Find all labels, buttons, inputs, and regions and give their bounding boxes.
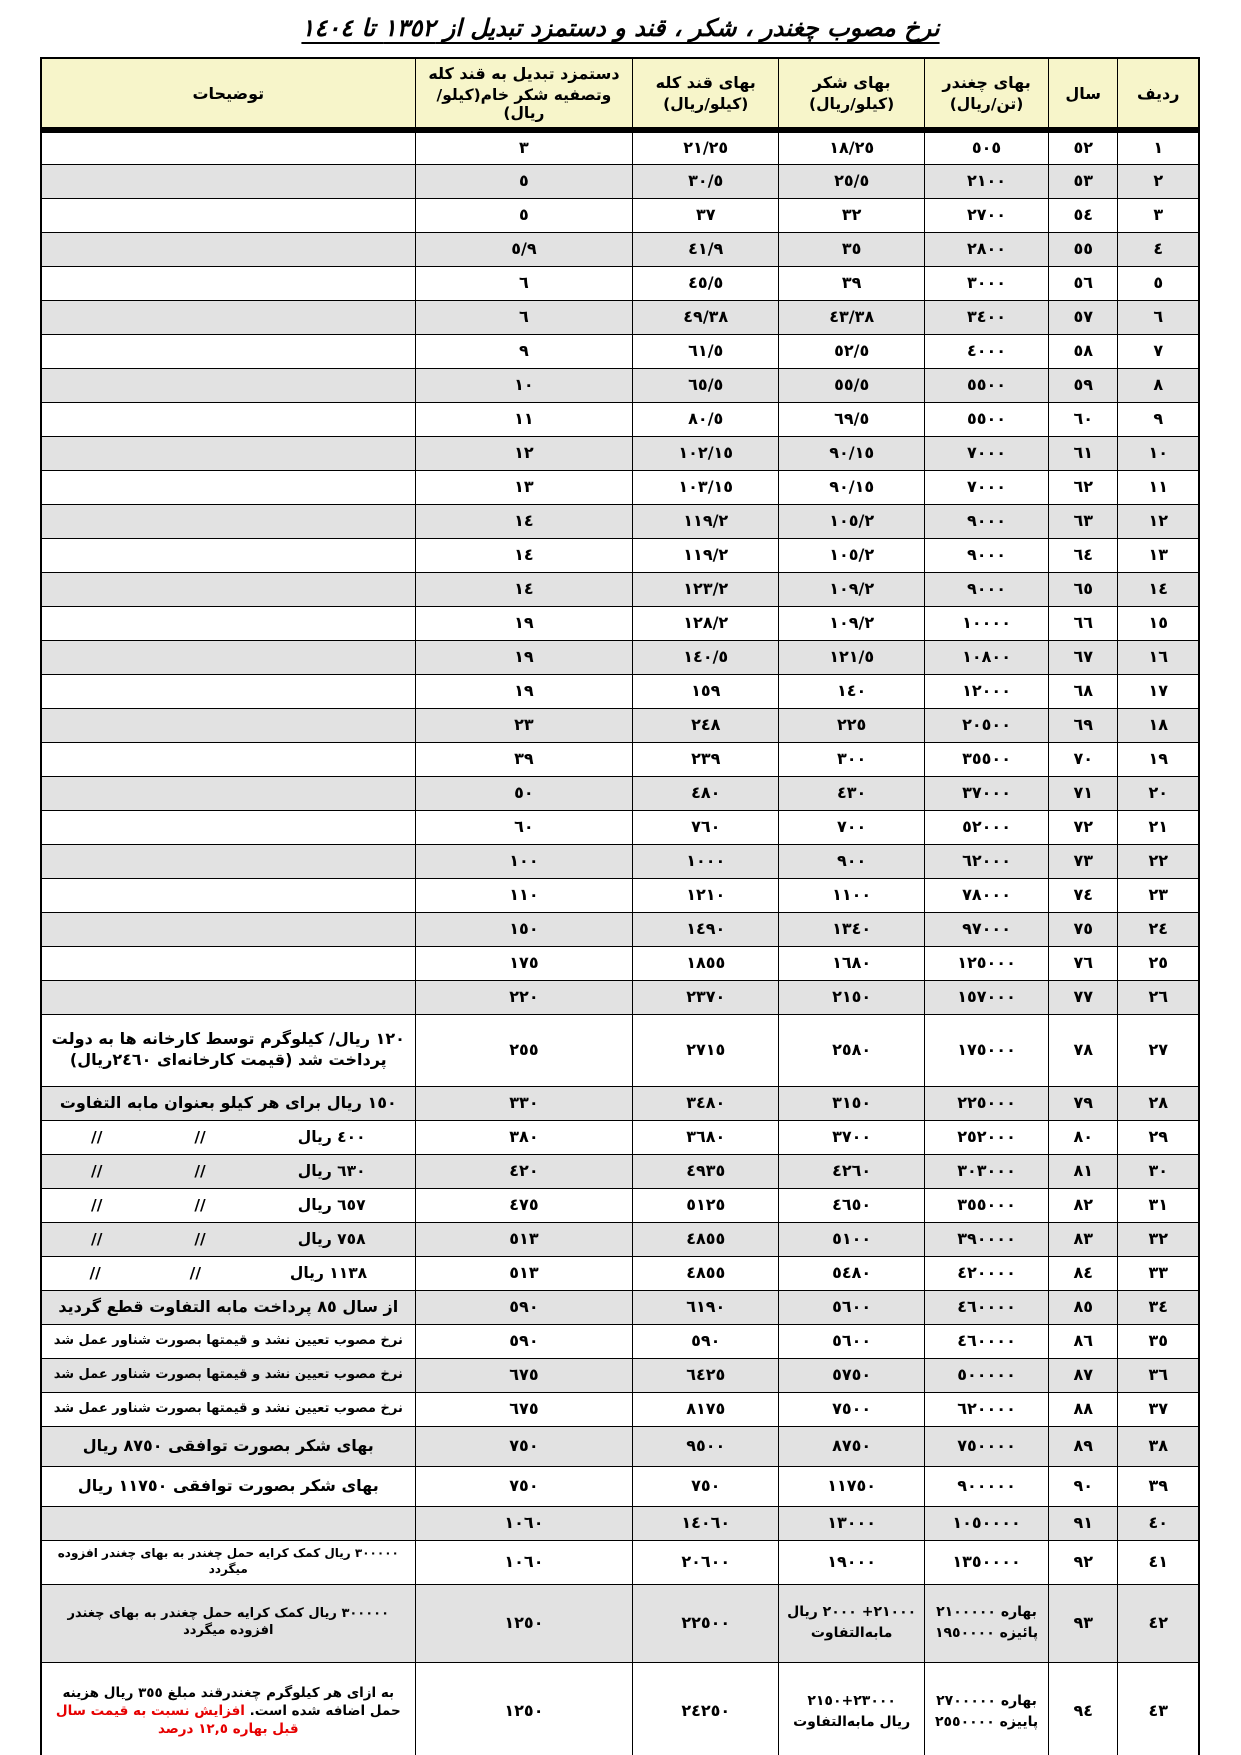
note-cell <box>41 980 415 1014</box>
wage-cell: ٦ <box>415 300 633 334</box>
table-row: ٣٠٨١٣٠٣٠٠٠٤٢٦٠٤٩٣٥٤٢٠٦٣٠ ریال//// <box>41 1154 1199 1188</box>
beet-price-cell: ١٥٧٠٠٠ <box>925 980 1049 1014</box>
sugar-price-cell: ١٤٠ <box>779 674 925 708</box>
table-row: ١٦٦٧١٠٨٠٠١٢١/٥١٤٠/٥١٩ <box>41 640 1199 674</box>
year-cell: ٥٤ <box>1048 198 1117 232</box>
note-cell: نرخ مصوب تعیین نشد و قیمتها بصورت شناور … <box>41 1358 415 1392</box>
note-cell <box>41 300 415 334</box>
year-cell: ٦٧ <box>1048 640 1117 674</box>
row-number-cell: ١٧ <box>1118 674 1199 708</box>
row-number-cell: ٥ <box>1118 266 1199 300</box>
note-cell <box>41 538 415 572</box>
qand-price-cell: ٤٩/٣٨ <box>633 300 779 334</box>
qand-price-cell: ١٠٢/١٥ <box>633 436 779 470</box>
qand-price-cell: ٥١٢٥ <box>633 1188 779 1222</box>
row-number-cell: ١٥ <box>1118 606 1199 640</box>
row-number-cell: ٣٢ <box>1118 1222 1199 1256</box>
column-header-beet-price: بهای چغندر (تن/ریال) <box>925 58 1049 130</box>
wage-cell: ١٢ <box>415 436 633 470</box>
note-cell <box>41 232 415 266</box>
wage-cell: ١٤ <box>415 572 633 606</box>
table-row: ٧٥٨٤٠٠٠٥٢/٥٦١/٥٩ <box>41 334 1199 368</box>
year-cell: ٨٥ <box>1048 1290 1117 1324</box>
qand-price-cell: ١٠٣/١٥ <box>633 470 779 504</box>
row-number-cell: ٤١ <box>1118 1540 1199 1584</box>
wage-cell: ٥٠ <box>415 776 633 810</box>
cell-line: پاییزه ٢٥٥٠٠٠٠ <box>928 1712 1045 1733</box>
year-cell: ٥٧ <box>1048 300 1117 334</box>
ditto-note: ٦٥٧ ریال//// <box>45 1195 412 1215</box>
beet-price-cell: ١٢٠٠٠ <box>925 674 1049 708</box>
year-cell: ٦١ <box>1048 436 1117 470</box>
note-amount: ٤٠٠ ریال <box>298 1127 366 1147</box>
sugar-price-cell: ١٨/٢٥ <box>779 130 925 164</box>
beet-price-cell: ١٠٥٠٠٠٠ <box>925 1506 1049 1540</box>
wage-cell: ٧٥٠ <box>415 1466 633 1506</box>
wage-cell: ٣ <box>415 130 633 164</box>
cell-line: ریال مابه‌التفاوت <box>782 1712 921 1733</box>
note-cell <box>41 810 415 844</box>
sugar-price-cell: ٨٧٥٠ <box>779 1426 925 1466</box>
row-number-cell: ١٨ <box>1118 708 1199 742</box>
beet-price-cell: ٤٢٠٠٠٠ <box>925 1256 1049 1290</box>
row-number-cell: ١٩ <box>1118 742 1199 776</box>
year-cell: ٧٠ <box>1048 742 1117 776</box>
column-label: بهای قند کله <box>635 73 776 92</box>
qand-price-cell: ٨١٧٥ <box>633 1392 779 1426</box>
qand-price-cell: ٤٨٥٥ <box>633 1256 779 1290</box>
qand-price-cell: ١٤٠/٥ <box>633 640 779 674</box>
year-cell: ٩٠ <box>1048 1466 1117 1506</box>
row-number-cell: ٣٥ <box>1118 1324 1199 1358</box>
qand-price-cell: ٤٩٣٥ <box>633 1154 779 1188</box>
note-cell <box>41 198 415 232</box>
rates-table: ردیف سال بهای چغندر (تن/ریال) بهای شکر (… <box>40 57 1200 1755</box>
wage-cell: ١٧٥ <box>415 946 633 980</box>
qand-price-cell: ١٤٠٦٠ <box>633 1506 779 1540</box>
beet-price-cell: ٣٩٠٠٠٠ <box>925 1222 1049 1256</box>
sugar-price-cell: ١٠٩/٢ <box>779 606 925 640</box>
beet-price-cell: ٣٥٥٠٠ <box>925 742 1049 776</box>
wage-cell: ٢٥٥ <box>415 1014 633 1086</box>
note-cell <box>41 504 415 538</box>
column-label: توضیحات <box>44 84 413 103</box>
note-cell: بهای شکر بصورت توافقی ١١٧٥٠ ریال <box>41 1466 415 1506</box>
wage-cell: ١٠٦٠ <box>415 1540 633 1584</box>
beet-price-cell: ٦٢٠٠٠٠ <box>925 1392 1049 1426</box>
note-cell: ٣٠٠٠٠٠ ریال کمک کرایه حمل چغندر به بهای … <box>41 1540 415 1584</box>
row-number-cell: ٣٤ <box>1118 1290 1199 1324</box>
table-row: ٢٧٧٨١٧٥٠٠٠٢٥٨٠٢٧١٥٢٥٥١٢٠ ریال/ کیلوگرم ت… <box>41 1014 1199 1086</box>
note-cell <box>41 844 415 878</box>
year-cell: ٨١ <box>1048 1154 1117 1188</box>
cell-line: ٢١٠٠٠+ ٢٠٠٠ ریال <box>782 1602 921 1623</box>
row-number-cell: ٣٠ <box>1118 1154 1199 1188</box>
note-cell: ٦٥٧ ریال//// <box>41 1188 415 1222</box>
row-number-cell: ٢٦ <box>1118 980 1199 1014</box>
year-cell: ٩٤ <box>1048 1662 1117 1755</box>
note-cell <box>41 130 415 164</box>
qand-price-cell: ٣٧ <box>633 198 779 232</box>
wage-cell: ٦٧٥ <box>415 1392 633 1426</box>
note-cell <box>41 436 415 470</box>
table-row: ٤٣٩٤بهاره ٢٧٠٠٠٠٠پاییزه ٢٥٥٠٠٠٠٢٣٠٠٠+٢١٥… <box>41 1662 1199 1755</box>
cell-line: بهاره ٢١٠٠٠٠٠ <box>928 1602 1045 1623</box>
row-number-cell: ٣٣ <box>1118 1256 1199 1290</box>
ditto-mark: // <box>89 1263 100 1283</box>
qand-price-cell: ٢٧١٥ <box>633 1014 779 1086</box>
note-cell <box>41 946 415 980</box>
qand-price-cell: ١٨٥٥ <box>633 946 779 980</box>
wage-cell: ١٩ <box>415 640 633 674</box>
qand-price-cell: ٧٦٠ <box>633 810 779 844</box>
qand-price-cell: ١٢٣/٢ <box>633 572 779 606</box>
table-row: ٢٤٧٥٩٧٠٠٠١٣٤٠١٤٩٠١٥٠ <box>41 912 1199 946</box>
table-row: ١٠٦١٧٠٠٠٩٠/١٥١٠٢/١٥١٢ <box>41 436 1199 470</box>
note-amount: ٦٥٧ ریال <box>298 1195 366 1215</box>
note-cell: به ازای هر کیلوگرم چغندرقند مبلغ ٣٥٥ ریا… <box>41 1662 415 1755</box>
row-number-cell: ٨ <box>1118 368 1199 402</box>
qand-price-cell: ٢٤٢٥٠ <box>633 1662 779 1755</box>
year-cell: ٨٤ <box>1048 1256 1117 1290</box>
wage-cell: ١٠ <box>415 368 633 402</box>
note-amount: ١١٣٨ ریال <box>290 1263 367 1283</box>
note-cell: از سال ٨٥ پرداخت مابه التفاوت قطع گردید <box>41 1290 415 1324</box>
row-number-cell: ٤٠ <box>1118 1506 1199 1540</box>
beet-price-cell: ١٠٠٠٠ <box>925 606 1049 640</box>
year-cell: ٦٤ <box>1048 538 1117 572</box>
note-cell <box>41 878 415 912</box>
note-cell <box>41 674 415 708</box>
year-cell: ٥٣ <box>1048 164 1117 198</box>
note-cell <box>41 402 415 436</box>
qand-price-cell: ١٥٩ <box>633 674 779 708</box>
row-number-cell: ٣٦ <box>1118 1358 1199 1392</box>
table-body: ١٥٢٥٠٥١٨/٢٥٢١/٢٥٣٢٥٣٢١٠٠٢٥/٥٣٠/٥٥٣٥٤٢٧٠٠… <box>41 130 1199 1755</box>
qand-price-cell: ١٢١٠ <box>633 878 779 912</box>
note-cell <box>41 470 415 504</box>
row-number-cell: ١٣ <box>1118 538 1199 572</box>
table-row: ١٥٦٦١٠٠٠٠١٠٩/٢١٢٨/٢١٩ <box>41 606 1199 640</box>
year-cell: ٨٧ <box>1048 1358 1117 1392</box>
wage-cell: ١٣ <box>415 470 633 504</box>
ditto-note: ١١٣٨ ریال//// <box>45 1263 412 1283</box>
note-cell <box>41 606 415 640</box>
column-label: ردیف <box>1120 84 1196 103</box>
sugar-price-cell: ٩٠٠ <box>779 844 925 878</box>
row-number-cell: ٢٤ <box>1118 912 1199 946</box>
qand-price-cell: ٢٠٦٠٠ <box>633 1540 779 1584</box>
sugar-price-cell: ٣٧٠٠ <box>779 1120 925 1154</box>
beet-price-cell: ٥٢٠٠٠ <box>925 810 1049 844</box>
row-number-cell: ٣٨ <box>1118 1426 1199 1466</box>
ditto-mark: // <box>194 1229 205 1249</box>
note-amount: ٧٥٨ ریال <box>298 1229 366 1249</box>
sugar-price-cell: ٥٦٠٠ <box>779 1324 925 1358</box>
year-cell: ٩٢ <box>1048 1540 1117 1584</box>
qand-price-cell: ٦١/٥ <box>633 334 779 368</box>
column-label: دستمزد تبدیل به قند کله <box>418 64 631 83</box>
wage-cell: ١١٠ <box>415 878 633 912</box>
ditto-mark: // <box>91 1195 102 1215</box>
qand-price-cell: ٤٨٠ <box>633 776 779 810</box>
beet-price-cell: ٧٥٠٠٠٠ <box>925 1426 1049 1466</box>
table-row: ٣٧٨٨٦٢٠٠٠٠٧٥٠٠٨١٧٥٦٧٥نرخ مصوب تعیین نشد … <box>41 1392 1199 1426</box>
beet-price-cell: ٩٠٠٠ <box>925 538 1049 572</box>
year-cell: ٦٢ <box>1048 470 1117 504</box>
beet-price-cell: ٢٢٥٠٠٠ <box>925 1086 1049 1120</box>
beet-price-cell: ٢٧٠٠ <box>925 198 1049 232</box>
table-row: ٢٦٧٧١٥٧٠٠٠٢١٥٠٢٣٧٠٢٢٠ <box>41 980 1199 1014</box>
wage-cell: ٥١٣ <box>415 1222 633 1256</box>
year-cell: ٨٦ <box>1048 1324 1117 1358</box>
beet-price-cell: ٧٨٠٠٠ <box>925 878 1049 912</box>
note-cell <box>41 708 415 742</box>
year-cell: ٦٣ <box>1048 504 1117 538</box>
row-number-cell: ١٠ <box>1118 436 1199 470</box>
table-row: ٣٢٨٣٣٩٠٠٠٠٥١٠٠٤٨٥٥٥١٣٧٥٨ ریال//// <box>41 1222 1199 1256</box>
qand-price-cell: ٣٤٨٠ <box>633 1086 779 1120</box>
beet-price-cell: ١٠٨٠٠ <box>925 640 1049 674</box>
beet-price-cell: ٩٠٠٠ <box>925 572 1049 606</box>
qand-price-cell: ١٠٠٠ <box>633 844 779 878</box>
sugar-price-cell: ٣٩ <box>779 266 925 300</box>
qand-price-cell: ٦٤٢٥ <box>633 1358 779 1392</box>
sugar-price-cell: ٤٢٦٠ <box>779 1154 925 1188</box>
year-cell: ٥٦ <box>1048 266 1117 300</box>
year-cell: ٧٦ <box>1048 946 1117 980</box>
column-unit: وتصفیه شکر خام(کیلو/ریال) <box>418 86 631 122</box>
qand-price-cell: ٨٠/٥ <box>633 402 779 436</box>
wage-cell: ٤٧٥ <box>415 1188 633 1222</box>
ditto-mark: // <box>91 1229 102 1249</box>
beet-price-cell: ٧٠٠٠ <box>925 436 1049 470</box>
year-cell: ٧٨ <box>1048 1014 1117 1086</box>
beet-price-cell: ٢٠٥٠٠ <box>925 708 1049 742</box>
year-cell: ٨٣ <box>1048 1222 1117 1256</box>
sugar-price-cell: ٥٧٥٠ <box>779 1358 925 1392</box>
sugar-price-cell: ٢٣٠٠٠+٢١٥٠ریال مابه‌التفاوت <box>779 1662 925 1755</box>
table-row: ٢٣٧٤٧٨٠٠٠١١٠٠١٢١٠١١٠ <box>41 878 1199 912</box>
year-cell: ٧١ <box>1048 776 1117 810</box>
ditto-note: ٦٣٠ ریال//// <box>45 1161 412 1181</box>
ditto-mark: // <box>91 1161 102 1181</box>
wage-cell: ٥٩٠ <box>415 1324 633 1358</box>
table-row: ٣٨٨٩٧٥٠٠٠٠٨٧٥٠٩٥٠٠٧٥٠بهای شکر بصورت تواف… <box>41 1426 1199 1466</box>
beet-price-cell: ٢٥٢٠٠٠ <box>925 1120 1049 1154</box>
beet-price-cell: ٤٦٠٠٠٠ <box>925 1290 1049 1324</box>
ditto-mark: // <box>194 1127 205 1147</box>
sugar-price-cell: ١١٧٥٠ <box>779 1466 925 1506</box>
note-cell: ٣٠٠٠٠٠ ریال کمک کرایه حمل چغندر به بهای … <box>41 1584 415 1662</box>
wage-cell: ٥ <box>415 164 633 198</box>
qand-price-cell: ٢٣٩ <box>633 742 779 776</box>
note-cell: نرخ مصوب تعیین نشد و قیمتها بصورت شناور … <box>41 1392 415 1426</box>
qand-price-cell: ١٤٩٠ <box>633 912 779 946</box>
row-number-cell: ٢٢ <box>1118 844 1199 878</box>
beet-price-cell: ٢٨٠٠ <box>925 232 1049 266</box>
column-header-notes: توضیحات <box>41 58 415 130</box>
table-row: ١٤٦٥٩٠٠٠١٠٩/٢١٢٣/٢١٤ <box>41 572 1199 606</box>
note-cell <box>41 572 415 606</box>
row-number-cell: ٢ <box>1118 164 1199 198</box>
row-number-cell: ١٦ <box>1118 640 1199 674</box>
row-number-cell: ٤٢ <box>1118 1584 1199 1662</box>
wage-cell: ٧٥٠ <box>415 1426 633 1466</box>
qand-price-cell: ١١٩/٢ <box>633 504 779 538</box>
sugar-price-cell: ١٠٩/٢ <box>779 572 925 606</box>
table-row: ١٨٦٩٢٠٥٠٠٢٢٥٢٤٨٢٣ <box>41 708 1199 742</box>
qand-price-cell: ٥٩٠ <box>633 1324 779 1358</box>
year-cell: ٨٠ <box>1048 1120 1117 1154</box>
sugar-price-cell: ١٠٥/٢ <box>779 504 925 538</box>
note-cell: ١١٣٨ ریال//// <box>41 1256 415 1290</box>
table-row: ٢٥٣٢١٠٠٢٥/٥٣٠/٥٥ <box>41 164 1199 198</box>
qand-price-cell: ٦٥/٥ <box>633 368 779 402</box>
beet-price-cell: ٥٠٥ <box>925 130 1049 164</box>
sugar-price-cell: ٣٢ <box>779 198 925 232</box>
year-cell: ٦٠ <box>1048 402 1117 436</box>
row-number-cell: ٢٥ <box>1118 946 1199 980</box>
wage-cell: ٢٣ <box>415 708 633 742</box>
wage-cell: ١٩ <box>415 674 633 708</box>
column-unit: (کیلو/ریال) <box>635 95 776 113</box>
note-cell <box>41 334 415 368</box>
table-row: ١٣٦٤٩٠٠٠١٠٥/٢١١٩/٢١٤ <box>41 538 1199 572</box>
qand-price-cell: ٢٣٧٠ <box>633 980 779 1014</box>
wage-cell: ١٠٠ <box>415 844 633 878</box>
sugar-price-cell: ١٦٨٠ <box>779 946 925 980</box>
table-row: ٥٥٦٣٠٠٠٣٩٤٥/٥٦ <box>41 266 1199 300</box>
table-row: ٤٠٩١١٠٥٠٠٠٠١٣٠٠٠١٤٠٦٠١٠٦٠ <box>41 1506 1199 1540</box>
row-number-cell: ٩ <box>1118 402 1199 436</box>
row-number-cell: ١٤ <box>1118 572 1199 606</box>
sugar-price-cell: ٢٢٥ <box>779 708 925 742</box>
column-header-year: سال <box>1048 58 1117 130</box>
beet-price-cell: ٣٤٠٠ <box>925 300 1049 334</box>
wage-cell: ٥٩٠ <box>415 1290 633 1324</box>
ditto-note: ٧٥٨ ریال//// <box>45 1229 412 1249</box>
ditto-mark: // <box>194 1161 205 1181</box>
qand-price-cell: ٢٢٥٠٠ <box>633 1584 779 1662</box>
table-row: ٨٥٩٥٥٠٠٥٥/٥٦٥/٥١٠ <box>41 368 1199 402</box>
sugar-price-cell: ٣٥ <box>779 232 925 266</box>
column-label: بهای چغندر <box>927 73 1046 92</box>
year-cell: ٩١ <box>1048 1506 1117 1540</box>
cell-line: پائیزه ١٩٥٠٠٠٠ <box>928 1623 1045 1644</box>
row-number-cell: ٣١ <box>1118 1188 1199 1222</box>
column-unit: (کیلو/ریال) <box>781 95 922 113</box>
year-cell: ٥٩ <box>1048 368 1117 402</box>
table-row: ١٧٦٨١٢٠٠٠١٤٠١٥٩١٩ <box>41 674 1199 708</box>
note-cell: ٧٥٨ ریال//// <box>41 1222 415 1256</box>
note-cell <box>41 640 415 674</box>
beet-price-cell: ٥٥٠٠ <box>925 402 1049 436</box>
sugar-price-cell: ٦٩/٥ <box>779 402 925 436</box>
table-row: ٣٤٨٥٤٦٠٠٠٠٥٦٠٠٦١٩٠٥٩٠از سال ٨٥ پرداخت ما… <box>41 1290 1199 1324</box>
row-number-cell: ١١ <box>1118 470 1199 504</box>
sugar-price-cell: ٤٦٥٠ <box>779 1188 925 1222</box>
beet-price-cell: ١٧٥٠٠٠ <box>925 1014 1049 1086</box>
year-cell: ٥٥ <box>1048 232 1117 266</box>
table-row: ٢٠٧١٣٧٠٠٠٤٣٠٤٨٠٥٠ <box>41 776 1199 810</box>
year-cell: ٧٤ <box>1048 878 1117 912</box>
wage-cell: ٥١٣ <box>415 1256 633 1290</box>
row-number-cell: ٢١ <box>1118 810 1199 844</box>
table-row: ٢٥٧٦١٢٥٠٠٠١٦٨٠١٨٥٥١٧٥ <box>41 946 1199 980</box>
year-cell: ٨٢ <box>1048 1188 1117 1222</box>
beet-price-cell: ٣٠٣٠٠٠ <box>925 1154 1049 1188</box>
ditto-mark: // <box>190 1263 201 1283</box>
note-cell: ١٢٠ ریال/ کیلوگرم توسط کارخانه ها به دول… <box>41 1014 415 1086</box>
row-number-cell: ٢٧ <box>1118 1014 1199 1086</box>
row-number-cell: ١٢ <box>1118 504 1199 538</box>
note-cell: بهای شکر بصورت توافقی ٨٧٥٠ ریال <box>41 1426 415 1466</box>
qand-price-cell: ٤٨٥٥ <box>633 1222 779 1256</box>
year-cell: ٩٣ <box>1048 1584 1117 1662</box>
sugar-price-cell: ٥٥/٥ <box>779 368 925 402</box>
qand-price-cell: ٢١/٢٥ <box>633 130 779 164</box>
beet-price-cell: ٦٢٠٠٠ <box>925 844 1049 878</box>
table-row: ٣٣٨٤٤٢٠٠٠٠٥٤٨٠٤٨٥٥٥١٣١١٣٨ ریال//// <box>41 1256 1199 1290</box>
year-cell: ٥٨ <box>1048 334 1117 368</box>
year-cell: ٨٩ <box>1048 1426 1117 1466</box>
table-row: ٤١٩٢١٣٥٠٠٠٠١٩٠٠٠٢٠٦٠٠١٠٦٠٣٠٠٠٠٠ ریال کمک… <box>41 1540 1199 1584</box>
note-cell <box>41 912 415 946</box>
table-row: ١١٦٢٧٠٠٠٩٠/١٥١٠٣/١٥١٣ <box>41 470 1199 504</box>
table-row: ٢١٧٢٥٢٠٠٠٧٠٠٧٦٠٦٠ <box>41 810 1199 844</box>
beet-price-cell: ٥٥٠٠ <box>925 368 1049 402</box>
year-cell: ٧٢ <box>1048 810 1117 844</box>
beet-price-cell: ٩٠٠٠ <box>925 504 1049 538</box>
year-cell: ٦٩ <box>1048 708 1117 742</box>
sugar-price-cell: ٤٣٠ <box>779 776 925 810</box>
row-number-cell: ٣٧ <box>1118 1392 1199 1426</box>
sugar-price-cell: ٧٠٠ <box>779 810 925 844</box>
table-row: ٣٥٤٢٧٠٠٣٢٣٧٥ <box>41 198 1199 232</box>
note-cell: ٤٠٠ ریال//// <box>41 1120 415 1154</box>
table-row: ٣٥٨٦٤٦٠٠٠٠٥٦٠٠٥٩٠٥٩٠نرخ مصوب تعیین نشد و… <box>41 1324 1199 1358</box>
sugar-price-cell: ١٩٠٠٠ <box>779 1540 925 1584</box>
year-cell: ٧٩ <box>1048 1086 1117 1120</box>
wage-cell: ٤٢٠ <box>415 1154 633 1188</box>
year-cell: ٥٢ <box>1048 130 1117 164</box>
table-row: ١٩٧٠٣٥٥٠٠٣٠٠٢٣٩٣٩ <box>41 742 1199 776</box>
sugar-price-cell: ١٠٥/٢ <box>779 538 925 572</box>
year-cell: ٧٣ <box>1048 844 1117 878</box>
sugar-price-cell: ٤٣/٣٨ <box>779 300 925 334</box>
sugar-price-cell: ٩٠/١٥ <box>779 470 925 504</box>
wage-cell: ٢٢٠ <box>415 980 633 1014</box>
beet-price-cell: ٩٠٠٠٠٠ <box>925 1466 1049 1506</box>
ditto-note: ٤٠٠ ریال//// <box>45 1127 412 1147</box>
column-label: بهای شکر <box>781 73 922 92</box>
note-cell <box>41 742 415 776</box>
beet-price-cell: ١٣٥٠٠٠٠ <box>925 1540 1049 1584</box>
row-number-cell: ٦ <box>1118 300 1199 334</box>
sugar-price-cell: ١٢١/٥ <box>779 640 925 674</box>
wage-cell: ١٢٥٠ <box>415 1584 633 1662</box>
note-cell <box>41 164 415 198</box>
qand-price-cell: ١٢٨/٢ <box>633 606 779 640</box>
table-row: ٢٨٧٩٢٢٥٠٠٠٣١٥٠٣٤٨٠٣٣٠١٥٠ ریال برای هر کی… <box>41 1086 1199 1120</box>
column-label: سال <box>1051 84 1115 103</box>
qand-price-cell: ٢٤٨ <box>633 708 779 742</box>
year-cell: ٦٥ <box>1048 572 1117 606</box>
wage-cell: ٩ <box>415 334 633 368</box>
sugar-price-cell: ٩٠/١٥ <box>779 436 925 470</box>
wage-cell: ١٠٦٠ <box>415 1506 633 1540</box>
